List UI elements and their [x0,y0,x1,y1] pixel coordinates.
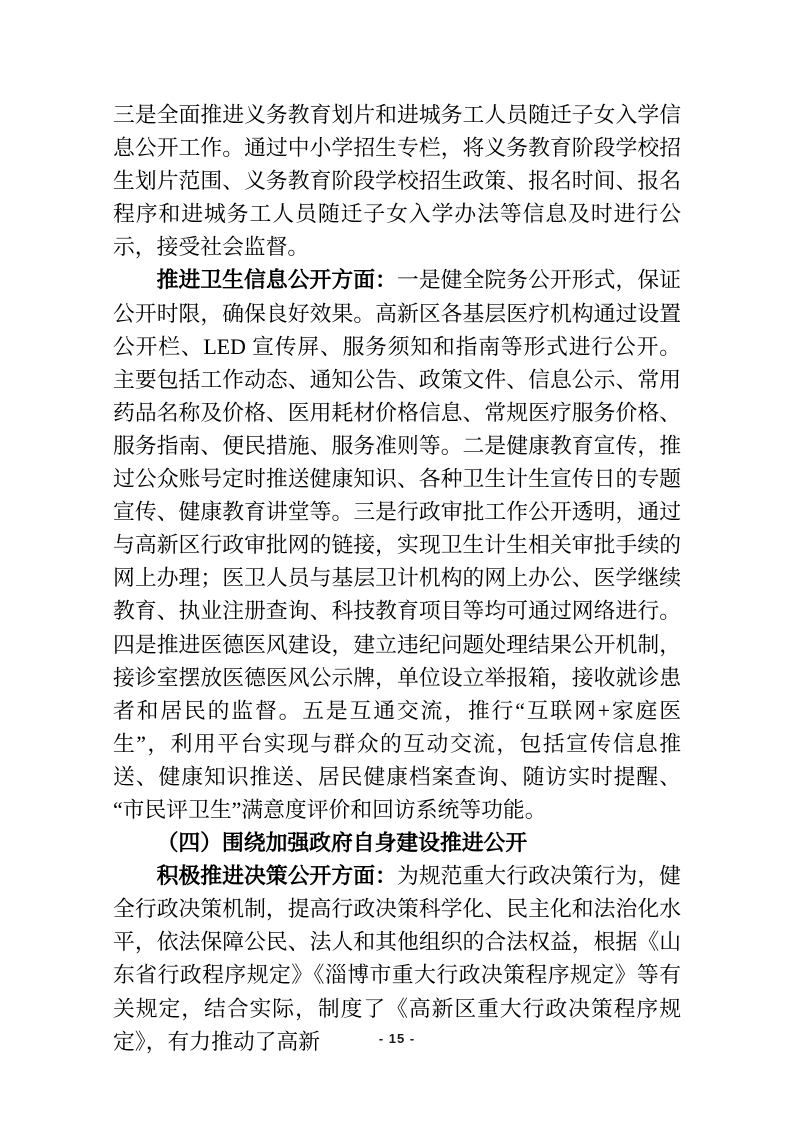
text-content: 三是全面推进义务教育划片和进城务工人员随迁子女入学信息公开工作。通过中小学招生专… [113,99,681,1059]
paragraph-decision-disclosure: 积极推进决策公开方面：为规范重大行政决策行为，健全行政决策机制，提高行政决策科学… [113,860,681,1059]
paragraph-bold-lead: 积极推进决策公开方面： [157,864,397,888]
paragraph-education-continuation: 三是全面推进义务教育划片和进城务工人员随迁子女入学信息公开工作。通过中小学招生专… [113,99,681,264]
paragraph-bold-lead: 推进卫生信息公开方面： [157,268,397,292]
paragraph-text: 为规范重大行政决策行为，健全行政决策机制，提高行政决策科学化、民主化和法治化水平… [113,864,681,1053]
section-heading: （四）围绕加强政府自身建设推进公开 [113,827,681,860]
paragraph-health-disclosure: 推进卫生信息公开方面：一是健全院务公开形式，保证公开时限，确保良好效果。高新区各… [113,264,681,827]
document-page: 三是全面推进义务教育划片和进城务工人员随迁子女入学信息公开工作。通过中小学招生专… [0,0,794,1123]
paragraph-text: 三是全面推进义务教育划片和进城务工人员随迁子女入学信息公开工作。通过中小学招生专… [113,103,681,259]
page-number: - 15 - [0,1031,794,1046]
section-heading-text: （四）围绕加强政府自身建设推进公开 [157,831,528,855]
paragraph-text: 一是健全院务公开形式，保证公开时限，确保良好效果。高新区各基层医疗机构通过设置公… [113,268,681,822]
